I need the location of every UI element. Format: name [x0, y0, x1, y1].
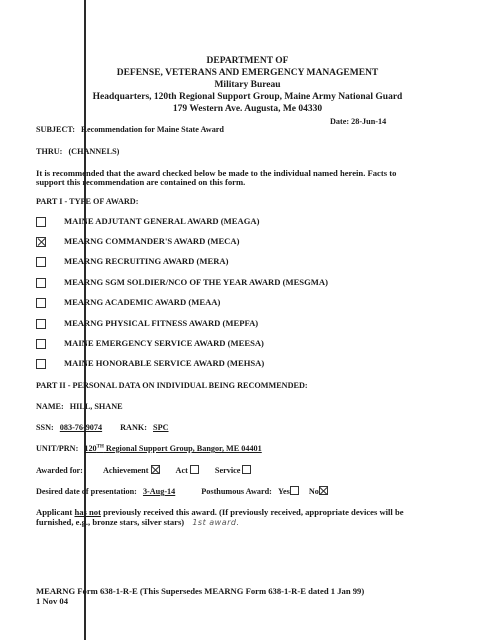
award-label: MEARNG ACADEMIC AWARD (MEAA) — [64, 297, 220, 307]
awarded-for-label: Awarded for: — [36, 466, 83, 475]
award-checkbox-meaga[interactable] — [36, 217, 46, 227]
desired-date-label: Desired date of presentation: — [36, 487, 137, 496]
header-headquarters: Headquarters, 120th Regional Support Gro… — [0, 92, 495, 102]
service-checkbox[interactable] — [242, 465, 251, 474]
service-label: Service — [215, 466, 240, 475]
name-line: NAME: HILL, SHANE — [36, 402, 123, 411]
achievement-checkbox[interactable] — [151, 465, 160, 474]
subject-line: SUBJECT: Recommendation for Maine State … — [36, 125, 224, 134]
award-checkbox-mepfa[interactable] — [36, 319, 46, 329]
handwritten-note: 1st award. — [192, 518, 239, 527]
award-checkbox-meaa[interactable] — [36, 298, 46, 308]
footer-form-date: 1 Nov 04 — [36, 596, 68, 606]
date-value: 28-Jun-14 — [351, 117, 386, 126]
award-checkbox-mehsa[interactable] — [36, 359, 46, 369]
part2-title: PART II - PERSONAL DATA ON INDIVIDUAL BE… — [36, 381, 308, 390]
achievement-label: Achievement — [103, 466, 148, 475]
act-label: Act — [176, 466, 188, 475]
award-label: MAINE ADJUTANT GENERAL AWARD (MEAGA) — [64, 216, 259, 226]
presentation-line: Desired date of presentation: 3-Aug-14 P… — [36, 486, 328, 496]
yes-label: Yes — [278, 487, 290, 496]
unit-line: UNIT/PRN: 120TH Regional Support Group, … — [36, 444, 262, 453]
award-label: MAINE EMERGENCY SERVICE AWARD (MEESA) — [64, 338, 264, 348]
act-checkbox[interactable] — [190, 465, 199, 474]
header-department: DEPARTMENT OF — [0, 56, 495, 66]
award-label: MEARNG RECRUITING AWARD (MERA) — [64, 256, 228, 266]
thru-line: THRU: (CHANNELS) — [36, 147, 119, 156]
thru-label: THRU: — [36, 147, 62, 156]
intro-line-2: support this recommendation are containe… — [36, 177, 245, 187]
applicant-line-1: Applicant has not previously received th… — [36, 507, 404, 517]
no-label: No — [309, 487, 319, 496]
applicant-line-2: furnished, e.g., bronze stars, silver st… — [36, 517, 240, 527]
header-address: 179 Western Ave. Augusta, Me 04330 — [0, 104, 495, 114]
posthumous-yes-checkbox[interactable] — [290, 486, 299, 495]
award-label: MEARNG COMMANDER'S AWARD (MECA) — [64, 236, 239, 246]
applicant-status: has not — [74, 507, 101, 517]
award-checkbox-mera[interactable] — [36, 257, 46, 267]
ssn-rank-line: SSN: 083-76-9074 RANK: SPC — [36, 423, 169, 432]
date-label: Date: — [330, 117, 349, 126]
award-checkbox-mesgma[interactable] — [36, 278, 46, 288]
name-label: NAME: — [36, 402, 64, 411]
unit-label: UNIT/PRN: — [36, 444, 78, 453]
desired-date-value: 3-Aug-14 — [143, 487, 175, 496]
unit-value: 120TH Regional Support Group, Bangor, ME… — [84, 444, 261, 453]
name-value: HILL, SHANE — [70, 402, 123, 411]
thru-value: (CHANNELS) — [68, 147, 119, 156]
footer-form-id: MEARNG Form 638-1-R-E (This Supersedes M… — [36, 586, 364, 596]
subject-value: Recommendation for Maine State Award — [81, 125, 224, 134]
award-label: MEARNG SGM SOLDIER/NCO OF THE YEAR AWARD… — [64, 277, 328, 287]
date-line: Date: 28-Jun-14 — [330, 117, 386, 126]
awarded-for-line: Awarded for: Achievement Act Service — [36, 465, 251, 475]
header-bureau: Military Bureau — [0, 80, 495, 90]
award-label: MAINE HONORABLE SERVICE AWARD (MEHSA) — [64, 358, 264, 368]
header-agency: DEFENSE, VETERANS AND EMERGENCY MANAGEME… — [0, 68, 495, 78]
ssn-label: SSN: — [36, 423, 54, 432]
award-checkbox-meca[interactable] — [36, 237, 46, 247]
posthumous-no-checkbox[interactable] — [319, 486, 328, 495]
ssn-value: 083-76-9074 — [60, 423, 102, 432]
subject-label: SUBJECT: — [36, 125, 75, 134]
award-checkbox-meesa[interactable] — [36, 339, 46, 349]
rank-value: SPC — [153, 423, 168, 432]
part1-title: PART I - TYPE OF AWARD: — [36, 197, 138, 206]
posthumous-label: Posthumous Award: — [201, 487, 272, 496]
award-label: MEARNG PHYSICAL FITNESS AWARD (MEPFA) — [64, 318, 258, 328]
rank-label: RANK: — [120, 423, 147, 432]
